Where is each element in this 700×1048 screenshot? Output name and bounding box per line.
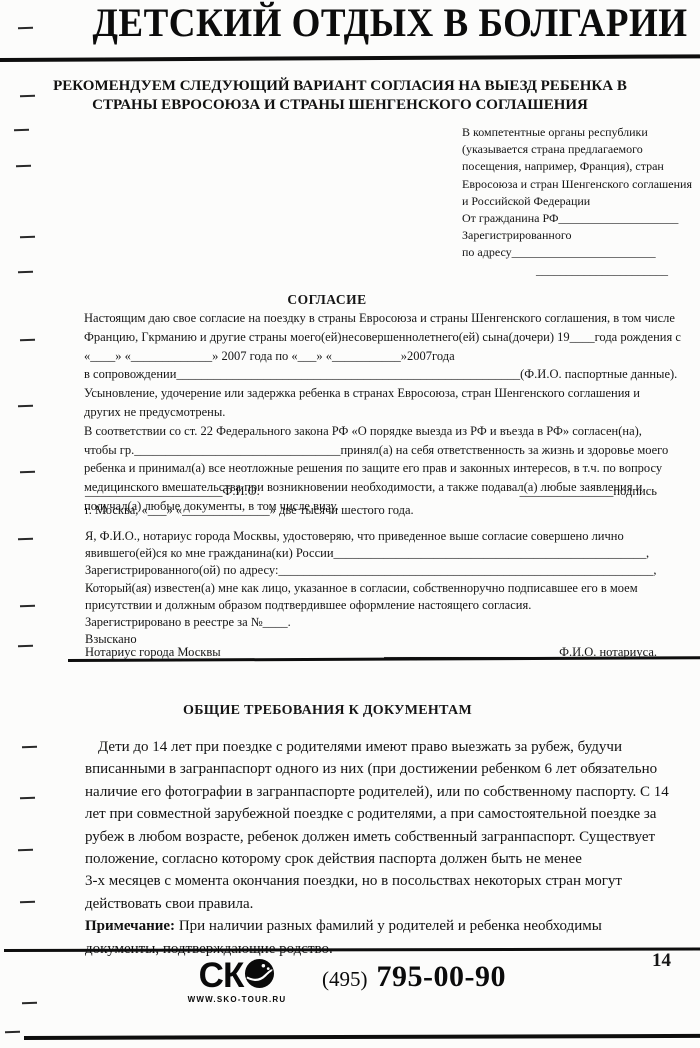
notary-line: присутствии и должным образом подтвердив… — [85, 597, 690, 614]
consent-line: других не предусмотрены. — [84, 403, 698, 422]
addressee-line: посещения, например, Франция), стран — [462, 158, 692, 175]
consent-line: Усыновление, удочерение или задержка реб… — [84, 384, 698, 403]
footer-phone: (495) 795-00-90 — [322, 960, 506, 994]
notary-line: Зарегистрированного(ой) по адресу:______… — [85, 562, 690, 579]
margin-mark — [18, 271, 33, 274]
notary-line: Зарегистрировано в реестре за №____. — [85, 614, 690, 631]
margin-mark — [20, 471, 35, 474]
margin-mark — [18, 849, 33, 852]
requirements-line: рубеж в любом возрасте, ребенок должен и… — [85, 826, 685, 848]
margin-mark — [20, 339, 35, 342]
requirements-line: 3-х месяцев с момента окончания поездки,… — [85, 870, 685, 892]
margin-mark — [18, 27, 33, 30]
margin-mark — [14, 129, 29, 132]
signature-sign-line: _______________подпись — [520, 484, 657, 499]
note-text: При наличии разных фамилий у родителей и… — [175, 918, 602, 934]
bottom-divider — [24, 1034, 700, 1040]
addressee-line: Евросоюза и стран Шенгенского соглашения — [462, 176, 692, 193]
page-number: 14 — [652, 950, 671, 972]
scanned-document-page: ДЕТСКИЙ ОТДЫХ В БОЛГАРИИ РЕКОМЕНДУЕМ СЛЕ… — [0, 0, 700, 1048]
addressee-block: В компетентные органы республики (указыв… — [462, 124, 692, 279]
addressee-line: От гражданина РФ____________________ — [462, 210, 692, 227]
addressee-line: В компетентные органы республики — [462, 124, 692, 141]
document-title: ДЕТСКИЙ ОТДЫХ В БОЛГАРИИ — [80, 0, 700, 46]
margin-mark — [18, 645, 33, 648]
signature-fio-line: ______________________Ф.И.О. — [85, 484, 260, 499]
sko-logo: СК WWW.SKO-TOUR.RU — [182, 958, 292, 1004]
note-label: Примечание: — [85, 918, 175, 934]
requirements-line: наличие его фотографии в загранпаспорте … — [85, 781, 685, 803]
requirements-note-line: Примечание: При наличии разных фамилий у… — [85, 915, 685, 937]
consent-line: ребенка и принимал(а) все неотложные реш… — [84, 459, 698, 478]
requirements-line: действовать свои правила. — [85, 893, 685, 915]
margin-mark — [16, 165, 31, 168]
margin-mark — [20, 797, 35, 800]
consent-line: Францию, Гкрманию и другие страны моего(… — [84, 328, 698, 347]
margin-mark — [18, 405, 33, 408]
requirements-heading: ОБЩИЕ ТРЕБОВАНИЯ К ДОКУМЕНТАМ — [0, 703, 655, 719]
signature-row: ______________________Ф.И.О. ___________… — [85, 484, 657, 499]
consent-line: Настоящим даю свое согласие на поездку в… — [84, 309, 698, 328]
sko-logo-letters-row: СК — [182, 958, 292, 994]
notary-line: явившего(ей)ся ко мне гражданина(ки) Рос… — [85, 545, 690, 562]
requirements-body: Дети до 14 лет при поездке с родителями … — [85, 736, 685, 960]
addressee-blank-line: ______________________ — [536, 262, 692, 279]
notary-line: Который(ая) известен(а) мне как лицо, ук… — [85, 580, 690, 597]
margin-mark — [20, 901, 35, 904]
requirements-line: положение, согласно которому срок действ… — [85, 848, 685, 870]
header-divider — [0, 54, 700, 62]
sko-logo-website: WWW.SKO-TOUR.RU — [182, 995, 292, 1004]
addressee-line: по адресу________________________ — [462, 244, 692, 261]
recommendation-title: РЕКОМЕНДУЕМ СЛЕДУЮЩИЙ ВАРИАНТ СОГЛАСИЯ Н… — [0, 77, 680, 115]
margin-mark — [22, 746, 37, 749]
consent-line: В соответствии со ст. 22 Федерального за… — [84, 422, 698, 441]
margin-mark — [5, 1031, 20, 1034]
moscow-date-line: г. Москва, «___» «______________» две ты… — [85, 503, 414, 518]
margin-mark — [18, 538, 33, 541]
notary-block: Я, Ф.И.О., нотариус города Москвы, удост… — [85, 528, 690, 648]
addressee-line: (указывается страна предлагаемого — [462, 141, 692, 158]
consent-heading: СОГЛАСИЕ — [0, 292, 654, 308]
recommendation-title-line2: СТРАНЫ ЕВРОСОЮЗА И СТРАНЫ ШЕНГЕНСКОГО СО… — [0, 96, 680, 115]
requirements-line: лет при совместной зарубежной поездке с … — [85, 803, 685, 825]
addressee-line: Зарегистрированного — [462, 227, 692, 244]
sko-logo-letters: СК — [199, 959, 244, 993]
requirements-line: вписанными в загранпаспорт одного из них… — [85, 758, 685, 780]
addressee-line: и Российской Федерации — [462, 193, 692, 210]
margin-mark — [20, 236, 35, 239]
consent-line: чтобы гр._______________________________… — [84, 441, 698, 460]
margin-mark — [20, 605, 35, 608]
requirements-line: Дети до 14 лет при поездке с родителями … — [85, 736, 685, 758]
consent-line: в сопровождении_________________________… — [84, 365, 698, 384]
consent-line: «____» «_____________» 2007 года по «___… — [84, 347, 698, 366]
margin-mark — [22, 1002, 37, 1005]
notary-line: Я, Ф.И.О., нотариус города Москвы, удост… — [85, 528, 690, 545]
recommendation-title-line1: РЕКОМЕНДУЕМ СЛЕДУЮЩИЙ ВАРИАНТ СОГЛАСИЯ Н… — [0, 77, 680, 96]
phone-number: 795-00-90 — [377, 960, 506, 994]
phone-area-code: (495) — [322, 967, 368, 992]
sko-logo-ball-icon — [244, 958, 275, 994]
